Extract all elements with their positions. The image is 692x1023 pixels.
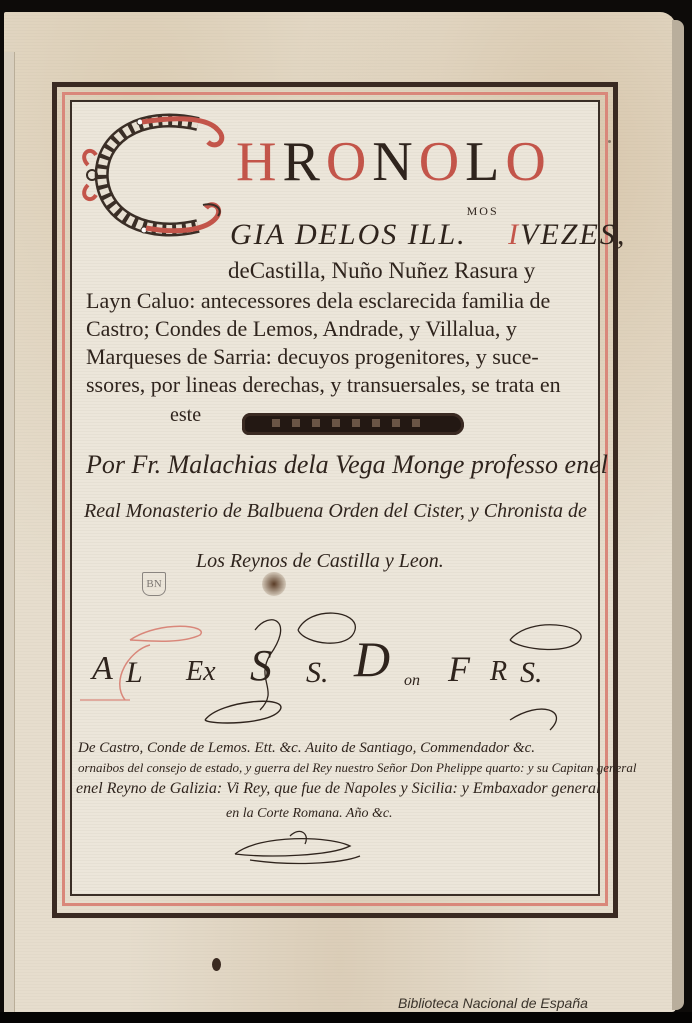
book-fore-edge	[672, 20, 684, 1010]
dedication-line: enel Reyno de Galizia: Vi Rey, que fue d…	[76, 780, 600, 798]
title-chronolo: HRONOLO	[236, 130, 552, 194]
bn-library-stamp: BN	[142, 572, 166, 596]
title-letter: O	[419, 130, 465, 194]
calligraphic-flourishes-icon	[70, 600, 610, 740]
library-watermark: Biblioteca Nacional de España	[398, 995, 588, 1011]
body-line: deCastilla, Nuño Nuñez Rasura y	[228, 258, 535, 284]
page-left-edge	[4, 52, 15, 1012]
title-letter: O	[326, 130, 372, 194]
title-superscript: MOS	[467, 204, 499, 218]
ink-speck	[212, 958, 221, 971]
author-line: Los Reynos de Castilla y Leon.	[196, 550, 444, 573]
body-line: ssores, por lineas derechas, y transuers…	[86, 372, 561, 398]
body-line: este	[170, 404, 201, 427]
title-letter: O	[505, 130, 551, 194]
title-line-2-pre: GIA DELOS ILL.	[230, 218, 467, 251]
background-bottom	[0, 1012, 692, 1023]
body-line: Marqueses de Sarria: decuyos progenitore…	[86, 344, 539, 370]
decorated-initial-c-icon	[78, 110, 238, 240]
dedication-line: en la Corte Romana. Año &c.	[226, 806, 393, 822]
author-line: Por Fr. Malachias dela Vega Monge profes…	[86, 450, 608, 480]
dedication-line: De Castro, Conde de Lemos. Ett. &c. Auit…	[78, 740, 535, 757]
title-line-2-post: VEZES,	[520, 218, 626, 251]
title-line-2-red-initial: I	[508, 218, 520, 251]
closing-flourish-icon	[230, 826, 370, 876]
title-letter: L	[465, 130, 505, 194]
ink-stain	[262, 572, 286, 596]
title-letter: H	[236, 130, 282, 194]
body-line: Castro; Condes de Lemos, Andrade, y Vill…	[86, 316, 517, 342]
title-letter: R	[282, 130, 325, 194]
ink-speck	[608, 140, 611, 143]
dedication-line: ornaibos del consejo de estado, y guerra…	[78, 760, 636, 776]
author-line: Real Monasterio de Balbuena Orden del Ci…	[84, 500, 587, 523]
ink-blot-redaction	[242, 413, 464, 435]
title-letter: N	[372, 130, 418, 194]
body-line: Layn Caluo: antecessores dela esclarecid…	[86, 288, 550, 314]
title-line-2: GIA DELOS ILL.MOS IVEZES,	[230, 218, 626, 252]
